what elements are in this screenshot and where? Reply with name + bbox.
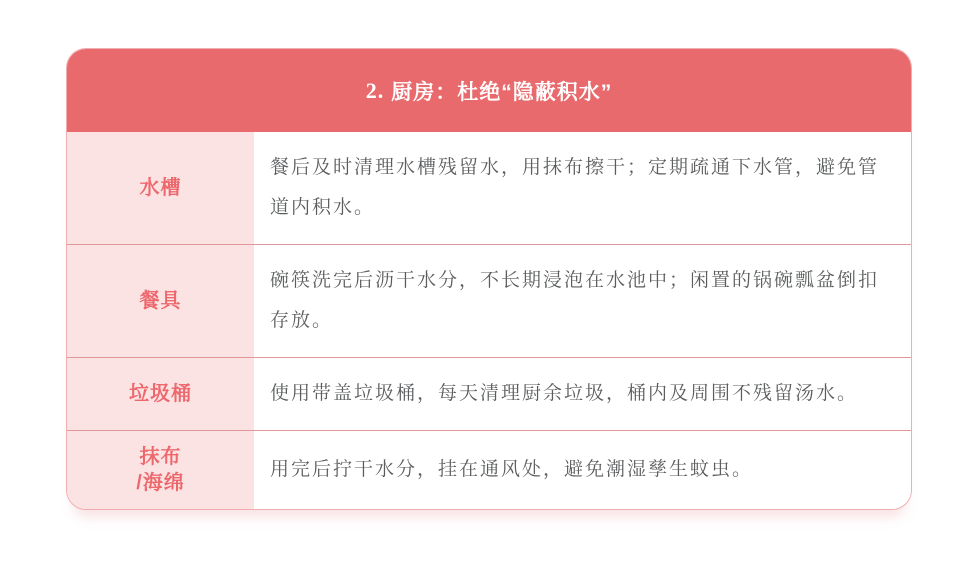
kitchen-tips-card: 2. 厨房：杜绝“隐蔽积水” 水槽 餐后及时清理水槽残留水，用抹布擦干；定期疏通… [66,48,912,510]
table-row-rag-sponge: 抹布 /海绵 用完后拧干水分，挂在通风处，避免潮湿孳生蚊虫。 [67,430,911,509]
card-title: 厨房：杜绝“隐蔽积水” [391,76,612,106]
row-content-rag-sponge: 用完后拧干水分，挂在通风处，避免潮湿孳生蚊虫。 [254,431,911,509]
table-row-tableware: 餐具 碗筷洗完后沥干水分，不长期浸泡在水池中；闲置的锅碗瓢盆倒扣 存放。 [67,244,911,357]
row-label-tableware: 餐具 [67,245,254,357]
row-label-sink: 水槽 [67,132,254,244]
table-row-trash-bin: 垃圾桶 使用带盖垃圾桶，每天清理厨余垃圾，桶内及周围不残留汤水。 [67,357,911,430]
row-content-sink: 餐后及时清理水槽残留水，用抹布擦干；定期疏通下水管，避免管 道内积水。 [254,132,911,244]
row-label-rag-sponge: 抹布 /海绵 [67,431,254,509]
card-header: 2. 厨房：杜绝“隐蔽积水” [67,49,911,132]
table-row-sink: 水槽 餐后及时清理水槽残留水，用抹布擦干；定期疏通下水管，避免管 道内积水。 [67,132,911,244]
row-content-tableware: 碗筷洗完后沥干水分，不长期浸泡在水池中；闲置的锅碗瓢盆倒扣 存放。 [254,245,911,357]
page-canvas: 2. 厨房：杜绝“隐蔽积水” 水槽 餐后及时清理水槽残留水，用抹布擦干；定期疏通… [0,0,967,567]
section-number: 2. [366,78,385,104]
row-content-trash-bin: 使用带盖垃圾桶，每天清理厨余垃圾，桶内及周围不残留汤水。 [254,358,911,430]
row-label-trash-bin: 垃圾桶 [67,358,254,430]
